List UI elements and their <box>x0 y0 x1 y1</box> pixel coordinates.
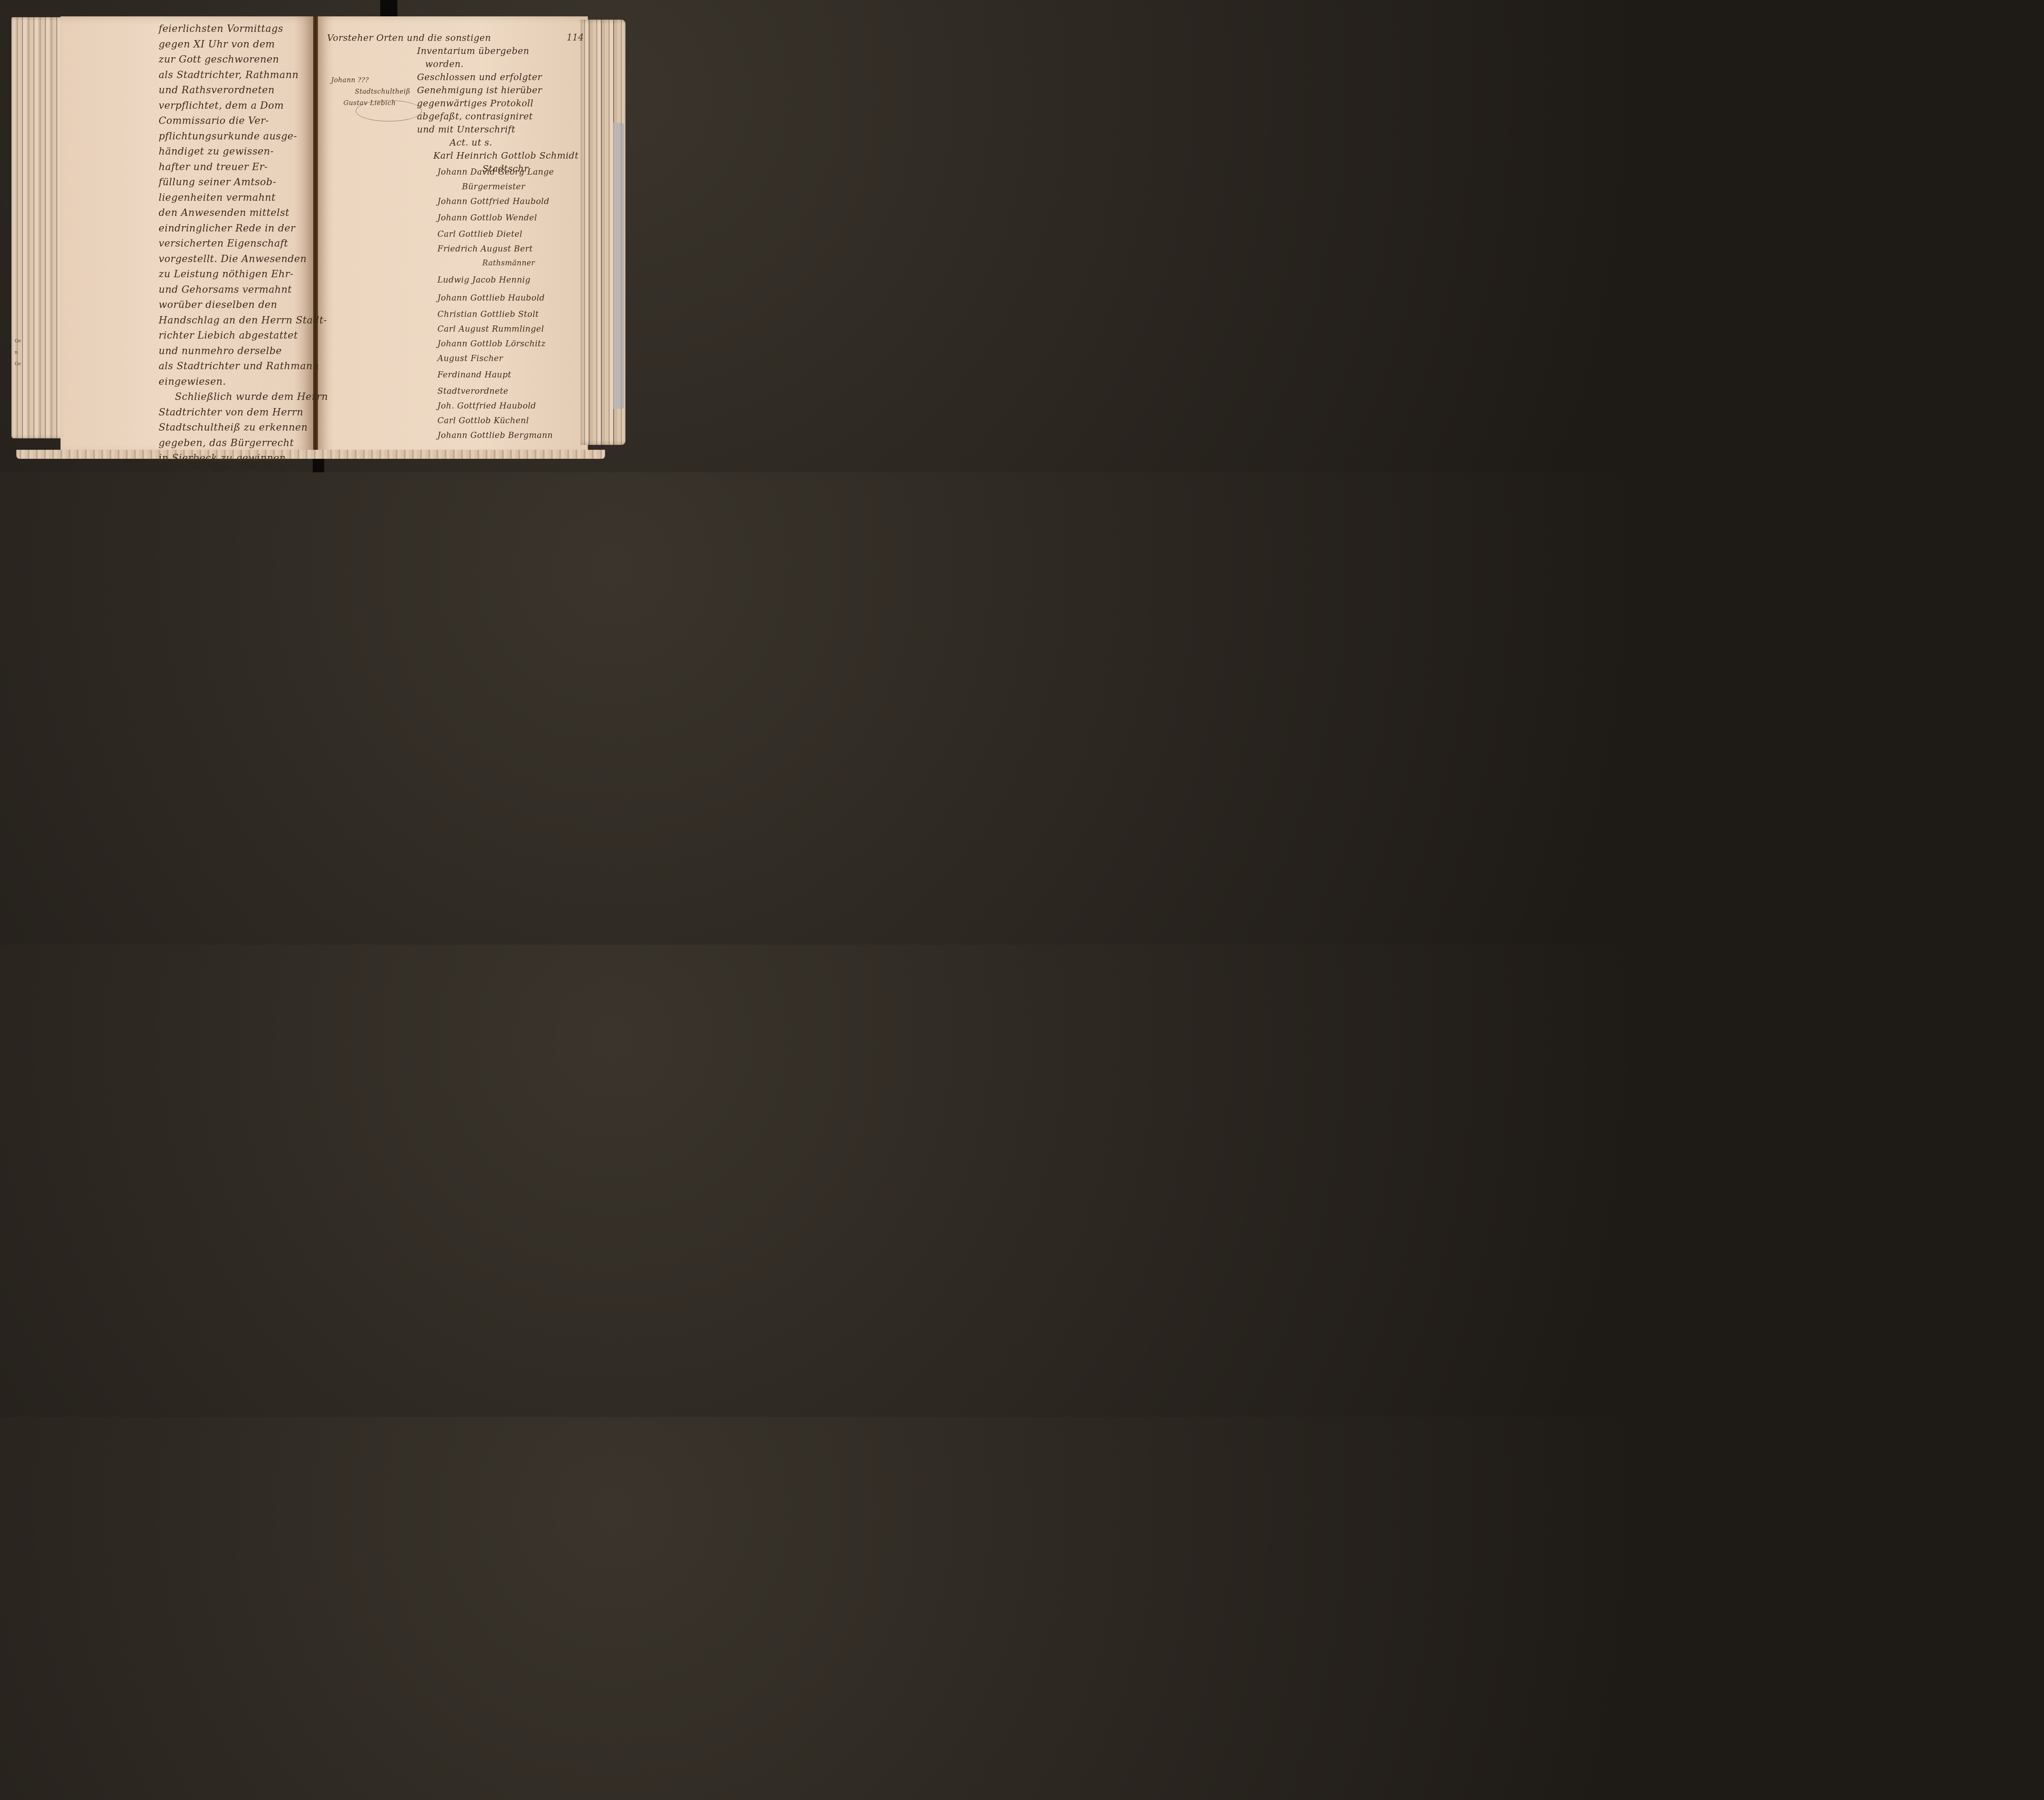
signature: Friedrich August Bert <box>437 241 585 256</box>
text-line: in Sierbeck zu gewinnen <box>159 451 314 466</box>
text-line: pflichtungsurkunde ausge- <box>159 129 314 144</box>
text-line: eindringlicher Rede in der <box>159 221 314 236</box>
signature: Ferdinand Haupt <box>437 366 585 384</box>
text-line: eingewiesen. <box>159 374 314 390</box>
text-line: den Anwesenden mittelst <box>159 205 314 221</box>
text-line: Stadtrichter von dem Herrn <box>159 405 314 420</box>
signature-group-label: Stadtverordnete <box>437 384 585 398</box>
text-line: gegenwärtiges Protokoll <box>417 97 576 110</box>
signature: Johann David Georg Lange <box>437 164 585 179</box>
text-line: und Gehorsams vermahnt <box>159 282 314 298</box>
text-line: verpflichtet, dem a Dom <box>159 98 314 114</box>
text-line: Inventarium übergeben <box>417 45 576 58</box>
signature: Johann Gottlieb Bergmann <box>437 428 585 442</box>
text-line: und nunmehro derselbe <box>159 343 314 359</box>
signature: Ludwig Jacob Hennig <box>437 271 585 289</box>
text-line: und Rathsverordneten <box>159 83 314 98</box>
text-line: Schließlich wurde dem Herrn <box>159 389 314 405</box>
margin-line: Stadtschultheiß <box>331 86 417 97</box>
text-line: Genehmigung ist hierüber <box>417 84 576 97</box>
left-page-edges <box>11 17 65 438</box>
signature: August Fischer <box>437 351 585 366</box>
signature: Joh. Gottfried Haubold <box>437 398 585 413</box>
signature: Carl August Rummlingel <box>437 321 585 336</box>
background-strip <box>380 0 397 16</box>
signature: Bürgermeister <box>437 179 585 194</box>
right-page-text: Vorsteher Orten und die sonstigen Invent… <box>417 32 576 176</box>
text-line: Act. ut s. <box>417 137 576 150</box>
signatures-list: Johann David Georg Lange Bürgermeister J… <box>437 164 585 442</box>
text-line: hafter und treuer Er- <box>159 159 314 175</box>
text-line: vorgestellt. Die Anwesenden <box>159 251 314 267</box>
text-line: feierlichsten Vormittags <box>159 21 314 37</box>
text-line: gegen XI Uhr von dem <box>159 37 314 52</box>
left-edge-fragments: Ge n Ge <box>15 335 21 370</box>
left-page-text: feierlichsten Vormittags gegen XI Uhr vo… <box>159 21 314 472</box>
text-line: und mit Unterschrift <box>417 123 576 137</box>
signature: Christian Gottlieb Stolt <box>437 307 585 321</box>
text-line: Vorsteher Orten und die sonstigen <box>327 32 576 45</box>
text-line: Karl Heinrich Gottlob Schmidt <box>417 150 576 163</box>
text-line: zu Leistung nöthigen Ehr- <box>159 267 314 282</box>
text-line: richter Liebich abgestattet <box>159 328 314 343</box>
text-line: Endlich erklärte der Herr <box>159 466 314 473</box>
text-line: versicherten Eigenschaft <box>159 236 314 251</box>
text-line: worden. <box>417 58 576 71</box>
text-line: gegeben, das Bürgerrecht <box>159 435 314 451</box>
text-line: Geschlossen und erfolgter <box>417 71 576 84</box>
text-line: worüber dieselben den <box>159 297 314 313</box>
signature: Johann Gottfried Haubold <box>437 194 585 209</box>
signature: Carl Gottlieb Dietel <box>437 227 585 241</box>
signature: Johann Gottlob Lörschitz <box>437 336 585 351</box>
text-line: füllung seiner Amtsob- <box>159 175 314 190</box>
open-manuscript-book: Ge n Ge feierlichsten Vormittags gegen X… <box>0 0 641 472</box>
text-line: abgefaßt, contrasigniret <box>417 110 576 123</box>
signature-group-label: Rathsmänner <box>437 256 585 271</box>
text-line: zur Gott geschworenen <box>159 52 314 67</box>
text-line: liegenheiten vermahnt <box>159 190 314 206</box>
blue-paper-edge <box>613 123 624 409</box>
text-line: Stadtschultheiß zu erkennen <box>159 420 314 435</box>
text-line: Handschlag an den Herrn Stadt- <box>159 313 314 328</box>
signature: Carl Gottlob Küchenl <box>437 413 585 428</box>
signature: Johann Gottlieb Haubold <box>437 289 585 307</box>
signature: Johann Gottlob Wendel <box>437 209 585 227</box>
signature-flourish <box>356 100 422 121</box>
text-line: als Stadtrichter, Rathmann <box>159 67 314 83</box>
text-line: als Stadtrichter und Rathmann <box>159 359 314 374</box>
text-line: Commissario die Ver- <box>159 113 314 129</box>
text-line: händiget zu gewissen- <box>159 144 314 159</box>
